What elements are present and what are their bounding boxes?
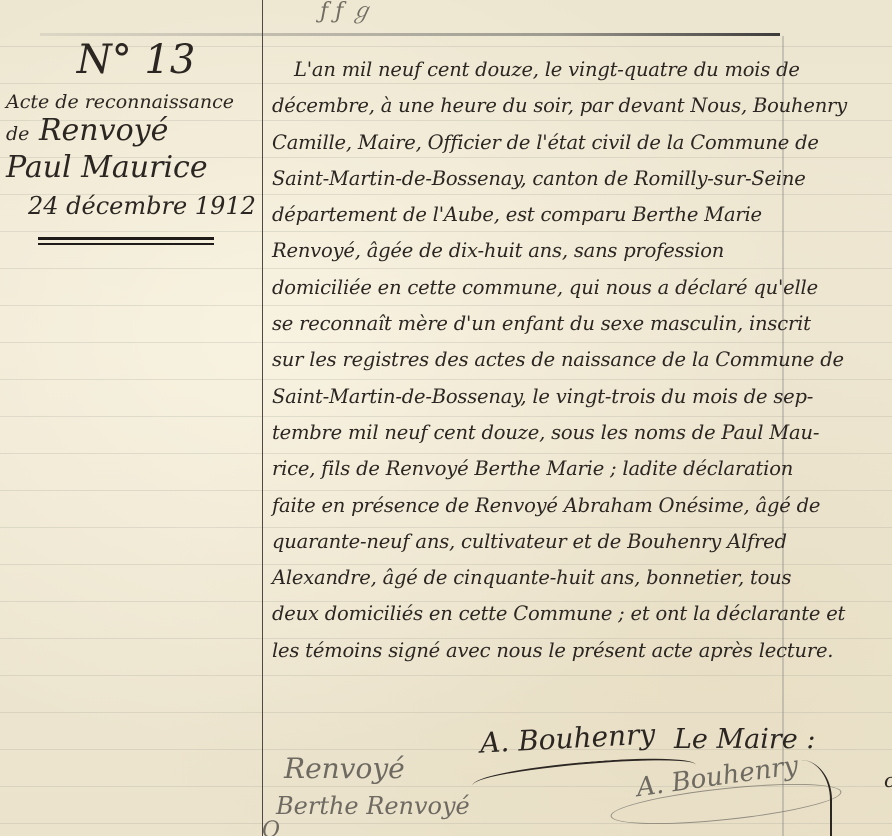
mayor-signature: A. Bouhenry [479,717,656,759]
witness-signature-renvoye: Renvoyé [284,752,405,785]
next-page-edge-mark: c [884,768,892,792]
register-page: ƒ ƒ ℊ N° 13 Acte de reconnaissance de Re… [0,0,892,836]
signature-block: A. Bouhenry Le Maire : Renvoyé Berthe Re… [0,0,892,836]
signature-stroke [770,760,832,836]
cutoff-signature: O [262,818,280,836]
declarant-signature: Berthe Renvoyé [276,792,470,820]
